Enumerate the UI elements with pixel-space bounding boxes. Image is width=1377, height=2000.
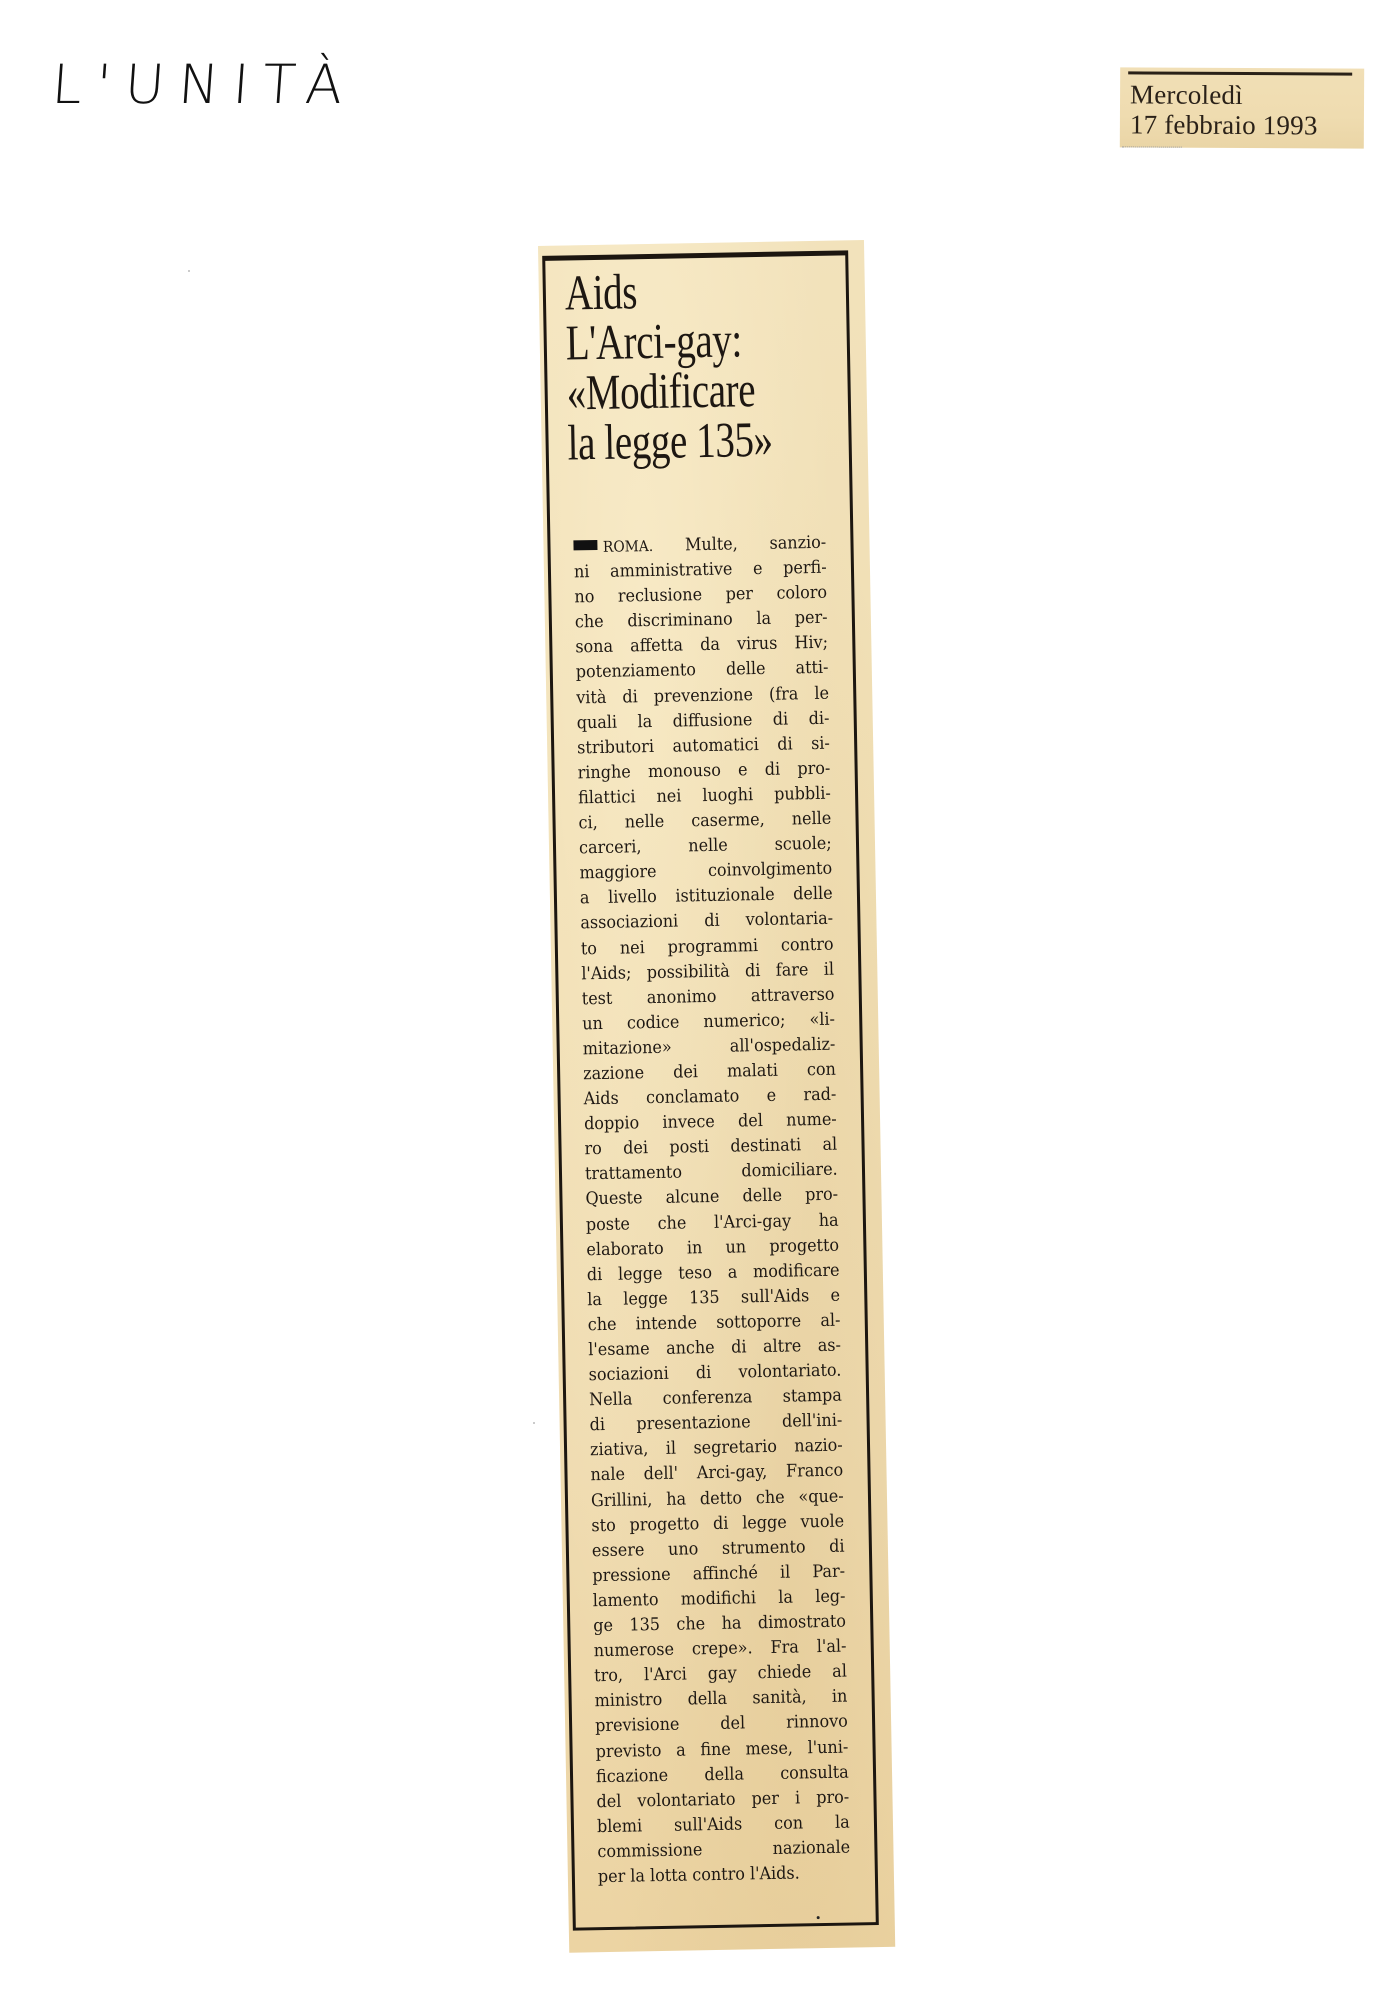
date-clipping: Mercoledì 17 febbraio 1993 <box>1120 67 1364 148</box>
scan-speck <box>188 270 190 272</box>
dotted-edge <box>1122 146 1182 147</box>
dateline-city: ROMA. <box>603 537 654 556</box>
top-rule <box>1128 71 1352 75</box>
handwritten-newspaper-name: L'UNITÀ <box>50 58 358 112</box>
dateline-block-icon <box>573 540 597 550</box>
article-headline: Aids L'Arci-gay: «Modificare la legge 13… <box>564 264 778 468</box>
headline-line: la legge 135» <box>567 414 778 468</box>
ink-speck <box>817 1916 820 1919</box>
article-body: ROMA. Multe, sanzio- ni amministrative e… <box>573 531 850 1890</box>
date-label: 17 febbraio 1993 <box>1130 109 1364 140</box>
body-line-text: Multe, sanzio- <box>685 533 827 556</box>
headline-line: L'Arci-gay: <box>565 314 776 368</box>
article-clipping: Aids L'Arci-gay: «Modificare la legge 13… <box>538 240 895 1953</box>
body-line-last: per la lotta contro l'Aids. <box>598 1861 851 1891</box>
scan-speck <box>533 1422 535 1424</box>
weekday-label: Mercoledì <box>1130 79 1364 110</box>
headline-line: Aids <box>564 264 775 318</box>
headline-line: «Modificare <box>566 364 777 418</box>
